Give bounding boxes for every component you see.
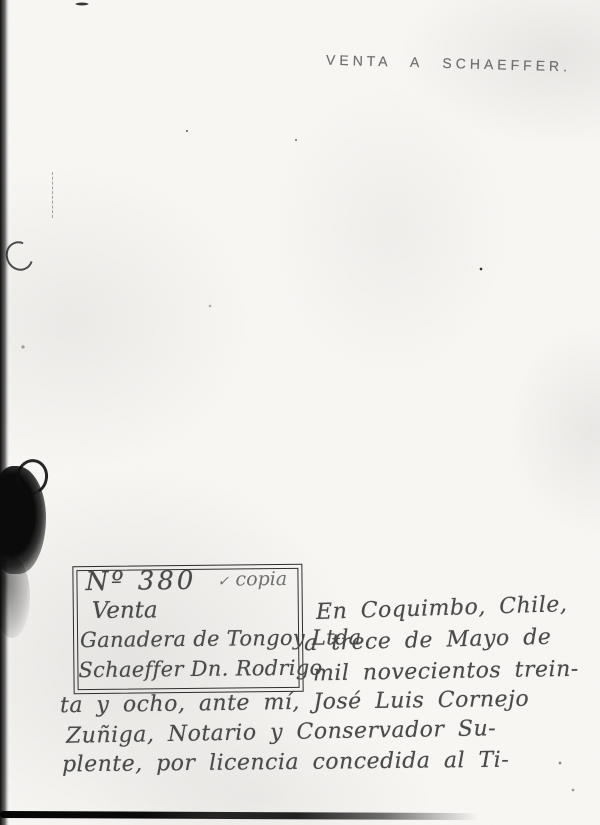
check-mark-icon: ✓: [217, 574, 229, 590]
deed-title: Venta: [92, 597, 158, 624]
copy-note: copia: [235, 568, 287, 591]
scan-edge-left: [0, 0, 9, 825]
dotted-scratch-mark: [52, 172, 53, 218]
body-line: mil novecientos trein-: [313, 657, 579, 687]
body-line: Zuñiga, Notario y Conservador Su-: [66, 716, 497, 749]
scanned-document-page: VENTA A SCHAEFFER. Nº 380 ✓ copia Venta …: [0, 0, 600, 825]
body-line: a trece de Mayo de: [304, 625, 552, 656]
scan-shadow-bottom: [0, 811, 478, 820]
body-line: ta y ocho, ante mí, José Luis Cornejo: [60, 687, 529, 719]
notary-stamp-box: Nº 380 ✓ copia Venta Ganadera de Tongoy …: [76, 568, 299, 690]
body-line: plente, por licencia concedida al Ti-: [62, 748, 509, 778]
buyer-name: Schaeffer Dn. Rodrigo: [78, 656, 322, 683]
body-line: En Coquimbo, Chile,: [316, 592, 568, 625]
deed-number: Nº 380: [85, 566, 196, 597]
pencil-header-annotation: VENTA A SCHAEFFER.: [326, 52, 571, 75]
